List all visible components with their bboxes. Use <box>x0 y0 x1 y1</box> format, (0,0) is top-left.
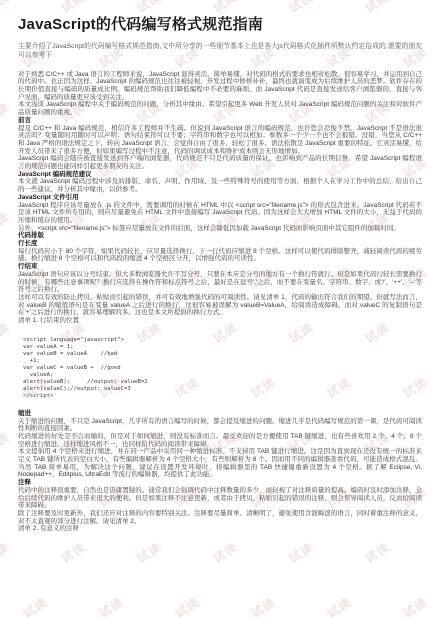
heading-file-reference: JavaScript 文件引用 <box>18 194 422 202</box>
paragraph-file-reference-1: JavaScript 程序应该尽量放在 .js 的文件中，需要调用的时候在 HT… <box>18 202 422 225</box>
paragraph-preface-1: 提及 C/C++ 和 Java 编码规范，相信许多工程师并不生疏。但说到 Jav… <box>18 125 422 156</box>
heading-indentation: 缩进 <box>18 410 422 418</box>
paragraph-indentation-1: 关于缩进的问题，不只是 JavaScript，几乎所有的语言编写的时候，都会提及… <box>18 418 422 433</box>
heading-comments: 注释 <box>18 479 422 487</box>
listing-2-caption: 清单 2. 有意义的注释 <box>18 525 422 533</box>
heading-line-end: 行结束 <box>18 263 422 271</box>
heading-line-length: 行长度 <box>18 240 422 248</box>
paragraph-line-end-1: JavaScript 语句应该以分号结束。但大多数浏览器允许不写分号，只要在本应… <box>18 271 422 294</box>
paragraph-file-reference-2: 另外，<script src="filename.js"> 标签应尽量放在文件的… <box>18 225 422 233</box>
page-subtitle: 主要介绍了JavaScript的代码编写格式规范指南,文中所分享的一些细节基本上… <box>18 43 422 61</box>
paragraph-comments-1: 代码中的注释很重要，自然也是毋庸置疑的。通常我们会强调代码中注释数量的多少，而轻… <box>18 487 422 510</box>
listing-1-caption: 清单 1. 行结束的位置 <box>18 317 422 325</box>
paragraph-line-end-2: 这样可以有效的防止拷贝、粘贴而引起的错误，并可有效地增强代码的可阅读性。请见清单… <box>18 294 422 317</box>
paragraph-intro-2: 本文浅谈 JavaScript 编程中关于编码规范的问题，分析其中缘由。希望引起… <box>18 101 422 116</box>
paragraph-indentation-2: 代码缩进的好处是不言而喻的，但是对于如何缩进，则没有标准而言。最受欢迎的是方便使… <box>18 433 422 448</box>
paragraph-intro-1: 对于熟悉 C/C++ 或 Java 语言的工程师来说，JavaScript 显得… <box>18 71 422 102</box>
paragraph-suggestions: 本文就 JavaScript 编码过程中涉及的排版、命名、声明、作用域、及一些特… <box>18 178 422 193</box>
heading-preface: 前言 <box>18 117 422 125</box>
code-listing-1: <script language="javascript"> var value… <box>23 337 422 400</box>
paragraph-preface-2: JavaScript 编码会随应被直接发送到客户端的浏览器，代码规范不只是代码质… <box>18 155 422 170</box>
paragraph-line-length: 每行代码应小于 80 个字符。如果代码较长，应尽量选择换行，下一行代码应缩进 8… <box>18 248 422 263</box>
page-title: JavaScript的代码编写格式规范指南 <box>18 16 422 33</box>
paragraph-indentation-3: 本文提倡用 4 个空格来进行缩进，并在同一产品中采用同一种缩进标准。不支持用 T… <box>18 448 422 479</box>
heading-code-layout: 代码排版 <box>18 232 422 240</box>
document-page: JavaScript的代码编写格式规范指南 主要介绍了JavaScript的代码… <box>0 0 440 620</box>
paragraph-comments-2: 除了注释要及时更新外，我们还应对注释的内容要特别关注。注释要尽量简单、清晰明了，… <box>18 510 422 525</box>
